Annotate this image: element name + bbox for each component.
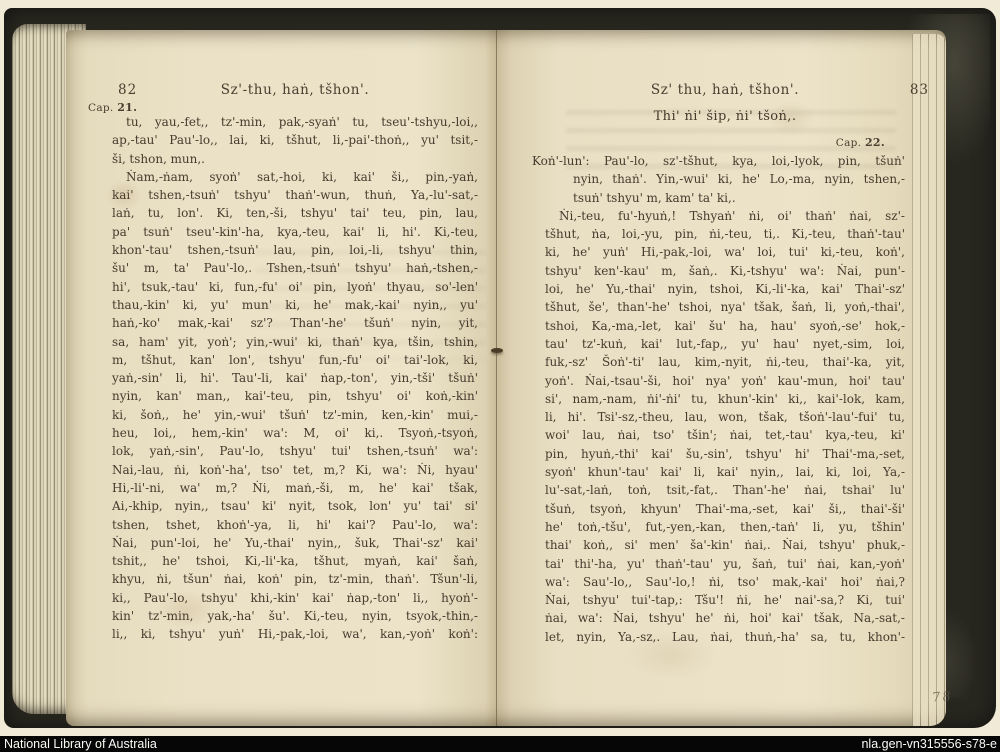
left-page-header: 82 Sz'-thu, haṅ, tšhon'. (112, 82, 478, 100)
line-text: tshyu' ken'-kau' m, šaṅ,. Ki,-tshyu' wa'… (545, 264, 905, 278)
text-line: Ṅai, pun'-loi, he' Yu,-thai' nyin,, šuk,… (112, 534, 478, 552)
text-line: si', nam,-nam, ṅi'-ṅi' tu, khun'-kin' ki… (545, 390, 905, 408)
text-line: m, tšhut, kan' lon', tshyu' fun,-fu' oi'… (112, 351, 478, 369)
text-line: ap,-tau' Pau'-lo,, lai, ki, tšhut, li,-p… (112, 131, 478, 149)
line-text: lu'-sat,-laṅ, toṅ, tsit,-fat,. Than'-he'… (545, 483, 905, 497)
text-line: 38Hi,-li'-ni, wa' m,? Ṅi, maṅ,-ši, m, he… (112, 479, 478, 497)
line-text: wa': Sau'-lo,, Sau'-lo,! ṅi, tso' mak,-k… (545, 575, 905, 589)
line-text: ki,, Pau'-lo, tshyu' khi,-kin' kai' ṅap,… (112, 591, 478, 605)
text-line: lok, yaṅ,-sin', Pau'-lo, tshyu' tui' tsh… (112, 442, 478, 460)
line-text: ki, he' yuṅ' Hi,-pak,-loi, wa' loi, tui'… (545, 245, 905, 259)
text-line: pa' tsuṅ' tseu'-kin'-ha, kya,-teu, kai' … (112, 223, 478, 241)
line-text: let, nyin, Ya,-sz,. Lau, ṅai, thuṅ,-ha' … (545, 630, 905, 644)
text-line: nyin, thaṅ'. Yin,-wui' ki, he' Lo,-ma, n… (545, 170, 905, 188)
running-header-left: Sz'-thu, haṅ, tšhon'. (112, 82, 478, 98)
line-text: thai' koṅ,, si' men' ša'-kin' ṅai,. Ṅai,… (545, 538, 905, 552)
text-line: li,, ki, tshyu' yuṅ' Hi,-pak,-loi, wa', … (112, 625, 478, 643)
text-line: Ai,-khip, nyin,, tsau' ki' nyit, tsok, l… (112, 497, 478, 515)
text-line: ši, tshon, mun,. (112, 150, 478, 168)
text-line: khon'-tau' tshen,-tsuṅ' lau, pin, loi,-l… (112, 241, 478, 259)
text-line: 5li, hi'. Tsi'-sz,-theu, lau, won, tšak,… (545, 408, 905, 426)
text-line: 36ki, šoṅ,, he' yin,-wui' tšuṅ' tz'-min,… (112, 406, 478, 424)
line-text: Nai,-lau, ṅi, koṅ'-ha', tso' tet, m,? Ki… (112, 463, 478, 477)
text-line: 34haṅ,-ko' mak,-kai' sz'? Than'-he' tšuṅ… (112, 314, 478, 332)
text-line: 35yaṅ,-sin' li, hi'. Tau'-li, kai' ṅap,-… (112, 369, 478, 387)
line-text: Hi,-li'-ni, wa' m,? Ṅi, maṅ,-ši, m, he' … (112, 481, 478, 495)
line-text: nyin, kan' man,, kai'-teu, pin, tshyu' o… (112, 389, 478, 403)
text-line: ṅai, wa': Ṅai, tshyu' he' ṅi, hoi' kai' … (545, 609, 905, 627)
text-line: woi' lau, ṅai, tso' tšin'; ṅai, tet,-tau… (545, 426, 905, 444)
line-text: fuk,-sz' Šoṅ'-ti' lau, kim,-nyit, ṅi,-te… (545, 355, 905, 369)
text-line: tšhut, še', than'-he' tshoi, nya' tšak, … (545, 298, 905, 316)
right-page-edge-stack (912, 34, 946, 726)
text-line: kin' tz'-min, yak,-ha' šu'. Ki,-teu, nyi… (112, 607, 478, 625)
line-text: tai' thi'-ha, yu' thaṅ'-tau' yu, šaṅ, tu… (545, 557, 905, 571)
text-line: 37heu, loi,, hem,-kin' wa': M, oi' ki,. … (112, 424, 478, 442)
line-text: tau' tz'-kuṅ, kai' lut,-fap,, yu' hau' n… (545, 337, 905, 351)
text-line: tshit,, he' tshoi, Ki,-li'-ka, tšhut, my… (112, 552, 478, 570)
institution-name: National Library of Australia (4, 736, 157, 752)
text-line: tsuṅ' tshyu' m, kam' ta' ki,. (545, 189, 905, 207)
text-line: fuk,-sz' Šoṅ'-ti' lau, kim,-nyit, ṅi,-te… (545, 353, 905, 371)
line-text: Ṅi,-teu, fu'-hyuṅ,! Tshyaṅ' ṅi, oi' thaṅ… (559, 209, 905, 223)
line-text: tšhut, ṅa, loi,-yu, pin, ṅi,-teu, ti,. K… (545, 227, 905, 241)
text-line: 6lu'-sat,-laṅ, toṅ, tsit,-fat,. Than'-he… (545, 481, 905, 499)
line-text: tu, yau,-fet,, tz'-min, pak,-syaṅ' tu, t… (126, 115, 478, 129)
text-line: 1Ṅi,-teu, fu'-hyuṅ,! Tshyaṅ' ṅi, oi' tha… (545, 207, 905, 225)
line-text: kai' tshen,-tsuṅ' tshyu' thaṅ'-wun, thuṅ… (112, 188, 478, 202)
line-text: tshoi, Ka,-ma,-let, kai' šu' ha, hau' sy… (545, 319, 905, 333)
line-text: Ṅai, tshyu' tui'-tap,: Tšu'! ṅi, he' nai… (545, 593, 905, 607)
line-text: hi', tsuk,-tau' ki, fun,-fu' oi' pin, ly… (112, 280, 478, 294)
text-line: 39tshen, tshet, khoṅ'-ya, li, hi' kai'? … (112, 516, 478, 534)
text-line: 4yoṅ'. Ṅai,-tsau'-ši, hoi' nya' yoṅ' kau… (545, 372, 905, 390)
line-text: ki, šoṅ,, he' yin,-wui' tšuṅ' tz'-min, k… (112, 408, 478, 422)
line-text: ap,-tau' Pau'-lo,, lai, ki, tšhut, li,-p… (112, 133, 478, 147)
text-line: tshoi, Ka,-ma,-let, kai' šu' ha, hau' sy… (545, 317, 905, 335)
text-line: tšuṅ, tsyoṅ, khyun' Thai'-ma,-set, kai' … (545, 500, 905, 518)
line-text: tshen, tshet, khoṅ'-ya, li, hi' kai'? Pa… (112, 518, 478, 532)
text-line: 31Ṅam,-ṅam, syoṅ' sat,-hoi, ki, kai' ši,… (112, 168, 478, 186)
text-line: Koṅ'-lun': Pau'-lo, sz'-tšhut, kya, loi,… (532, 152, 905, 170)
institution-bar: National Library of Australia nla.gen-vn… (0, 736, 1000, 752)
line-text: pa' tsuṅ' tseu'-kin'-ha, kya,-teu, kai' … (112, 225, 478, 239)
text-line: loi, he' Yu,-thai' nyin, tshoi, Ki,-li'-… (545, 280, 905, 298)
text-line: nyin, kan' man,, kai'-teu, pin, tshyu' o… (112, 387, 478, 405)
line-text: thau,-kin' ki, yu' mun' ki, he' mak,-kai… (112, 298, 478, 312)
text-line: 2tšhut, ṅa, loi,-yu, pin, ṅi,-teu, ti,. … (545, 225, 905, 243)
line-text: khyu, ṅi, tšun' ṅai, koṅ' pin, tz'-min, … (112, 572, 478, 586)
line-text: he' toṅ,-tšu', fut,-yen,-kan, then,-taṅ'… (545, 520, 905, 534)
text-line: 32laṅ, tu, lon'. Ki, ten,-ši, tshyu' tai… (112, 204, 478, 222)
line-text: syoṅ' khun'-tau' kai' li, kai' nyin,, la… (545, 465, 905, 479)
line-text: šu' m, ta' Pau'-lo,. Tshen,-tsuṅ' tshyu'… (112, 261, 478, 275)
chapter-word: Cap. (88, 102, 114, 114)
line-text: heu, loi,, hem,-kin' wa': M, oi' ki,. Ts… (112, 426, 478, 440)
text-line: he' toṅ,-tšu', fut,-yen,-kan, then,-taṅ'… (545, 518, 905, 536)
line-text: Koṅ'-lun': Pau'-lo, sz'-tšhut, kya, loi,… (532, 154, 905, 168)
text-line: 7thai' koṅ,, si' men' ša'-kin' ṅai,. Ṅai… (545, 536, 905, 554)
line-text: Ṅai, pun'-loi, he' Yu,-thai' nyin,, šuk,… (112, 536, 478, 550)
chapter-label-right: Cap. 22. (545, 136, 905, 149)
line-text: ši, tshon, mun,. (112, 152, 205, 166)
scanned-book-photo: 82 Sz'-thu, haṅ, tšhon'. Cap. 21. tu, ya… (0, 0, 1000, 752)
text-line: ki,, Pau'-lo, tshyu' khi,-kin' kai' ṅap,… (112, 589, 478, 607)
line-text: Ṅam,-ṅam, syoṅ' sat,-hoi, ki, kai' ši,, … (126, 170, 478, 184)
line-text: laṅ, tu, lon'. Ki, ten,-ši, tshyu' tai' … (112, 206, 478, 220)
text-line: tau' tz'-kuṅ, kai' lut,-fap,, yu' hau' n… (545, 335, 905, 353)
line-text: ṅai, wa': Ṅai, tshyu' he' ṅi, hoi' kai' … (545, 611, 905, 625)
line-text: pin, hyuṅ,-thi' kai' šu,-sin', tshyu' hi… (545, 447, 905, 461)
image-identifier: nla.gen-vn315556-s78-e (861, 736, 997, 752)
text-line: 40khyu, ṅi, tšun' ṅai, koṅ' pin, tz'-min… (112, 570, 478, 588)
running-header-right: Sz' thu, haṅ, tšhon'. (545, 82, 905, 98)
line-text: woi' lau, ṅai, tso' tšin'; ṅai, tet,-tau… (545, 428, 905, 442)
line-text: tsuṅ' tshyu' m, kam' ta' ki,. (573, 191, 736, 205)
page-number-right: 83 (910, 82, 929, 98)
line-text: tšhut, še', than'-he' tshoi, nya' tšak, … (545, 300, 905, 314)
line-text: lok, yaṅ,-sin', Pau'-lo, tshyu' tui' tsh… (112, 444, 478, 458)
text-line: Nai,-lau, ṅi, koṅ'-ha', tso' tet, m,? Ki… (112, 461, 478, 479)
text-line: tu, yau,-fet,, tz'-min, pak,-syaṅ' tu, t… (112, 113, 478, 131)
text-line: pin, hyuṅ,-thi' kai' šu,-sin', tshyu' hi… (545, 445, 905, 463)
line-text: m, tšhut, kan' lon', tshyu' fun,-fu' oi'… (112, 353, 478, 367)
pencil-annotation: 78 (931, 689, 953, 706)
text-block-left: tu, yau,-fet,, tz'-min, pak,-syaṅ' tu, t… (112, 113, 478, 644)
line-text: khon'-tau' tshen,-tsuṅ' lau, pin, loi,-l… (112, 243, 478, 257)
line-text: loi, he' Yu,-thai' nyin, tshoi, Ki,-li'-… (545, 282, 905, 296)
line-text: haṅ,-ko' mak,-kai' sz'? Than'-he' tšuṅ' … (112, 316, 478, 330)
text-line: 9let, nyin, Ya,-sz,. Lau, ṅai, thuṅ,-ha'… (545, 628, 905, 646)
text-line: hi', tsuk,-tau' ki, fun,-fu' oi' pin, ly… (112, 278, 478, 296)
line-text: yaṅ,-sin' li, hi'. Tau'-li, kai' ṅap,-to… (112, 371, 478, 385)
text-line: tai' thi'-ha, yu' thaṅ'-tau' yu, šaṅ, tu… (545, 555, 905, 573)
line-text: Ai,-khip, nyin,, tsau' ki' nyit, tsok, l… (112, 499, 478, 513)
text-line: 3tshyu' ken'-kau' m, šaṅ,. Ki,-tshyu' wa… (545, 262, 905, 280)
line-text: yoṅ'. Ṅai,-tsau'-ši, hoi' nya' yoṅ' kau'… (545, 374, 905, 388)
line-text: li,, ki, tshyu' yuṅ' Hi,-pak,-loi, wa', … (112, 627, 478, 641)
line-text: tshit,, he' tshoi, Ki,-li'-ka, tšhut, my… (112, 554, 478, 568)
gutter-shadow (496, 30, 497, 726)
text-line: ki, he' yuṅ' Hi,-pak,-loi, wa' loi, tui'… (545, 243, 905, 261)
chapter-number: 22. (865, 136, 885, 149)
page-number-left: 82 (118, 82, 137, 98)
line-text: sa, ham' yit, yoṅ'; yin,-wui' ki, thaṅ' … (112, 335, 478, 349)
line-text: si', nam,-nam, ṅi'-ṅi' tu, khun'-kin' ki… (545, 392, 905, 406)
chapter-word: Cap. (836, 137, 862, 149)
line-text: tšuṅ, tsyoṅ, khyun' Thai'-ma,-set, kai' … (545, 502, 905, 516)
section-title: Thi' ṅi' šip, ṅi' tšoṅ,. (545, 109, 905, 124)
text-line: 8Ṅai, tshyu' tui'-tap,: Tšu'! ṅi, he' na… (545, 591, 905, 609)
text-block-right: Koṅ'-lun': Pau'-lo, sz'-tšhut, kya, loi,… (545, 152, 905, 646)
line-text: li, hi'. Tsi'-sz,-theu, lau, won, tšak, … (545, 410, 905, 424)
text-line: wa': Sau'-lo,, Sau'-lo,! ṅi, tso' mak,-k… (545, 573, 905, 591)
text-line: syoṅ' khun'-tau' kai' li, kai' nyin,, la… (545, 463, 905, 481)
text-line: thau,-kin' ki, yu' mun' ki, he' mak,-kai… (112, 296, 478, 314)
line-text: kin' tz'-min, yak,-ha' šu'. Ki,-teu, nyi… (112, 609, 478, 623)
line-text: nyin, thaṅ'. Yin,-wui' ki, he' Lo,-ma, n… (573, 172, 905, 186)
text-line: 33šu' m, ta' Pau'-lo,. Tshen,-tsuṅ' tshy… (112, 259, 478, 277)
text-line: sa, ham' yit, yoṅ'; yin,-wui' ki, thaṅ' … (112, 333, 478, 351)
right-page-header: 83 Sz' thu, haṅ, tšhon'. (545, 82, 905, 100)
binding-stitch (491, 348, 503, 353)
text-line: kai' tshen,-tsuṅ' tshyu' thaṅ'-wun, thuṅ… (112, 186, 478, 204)
